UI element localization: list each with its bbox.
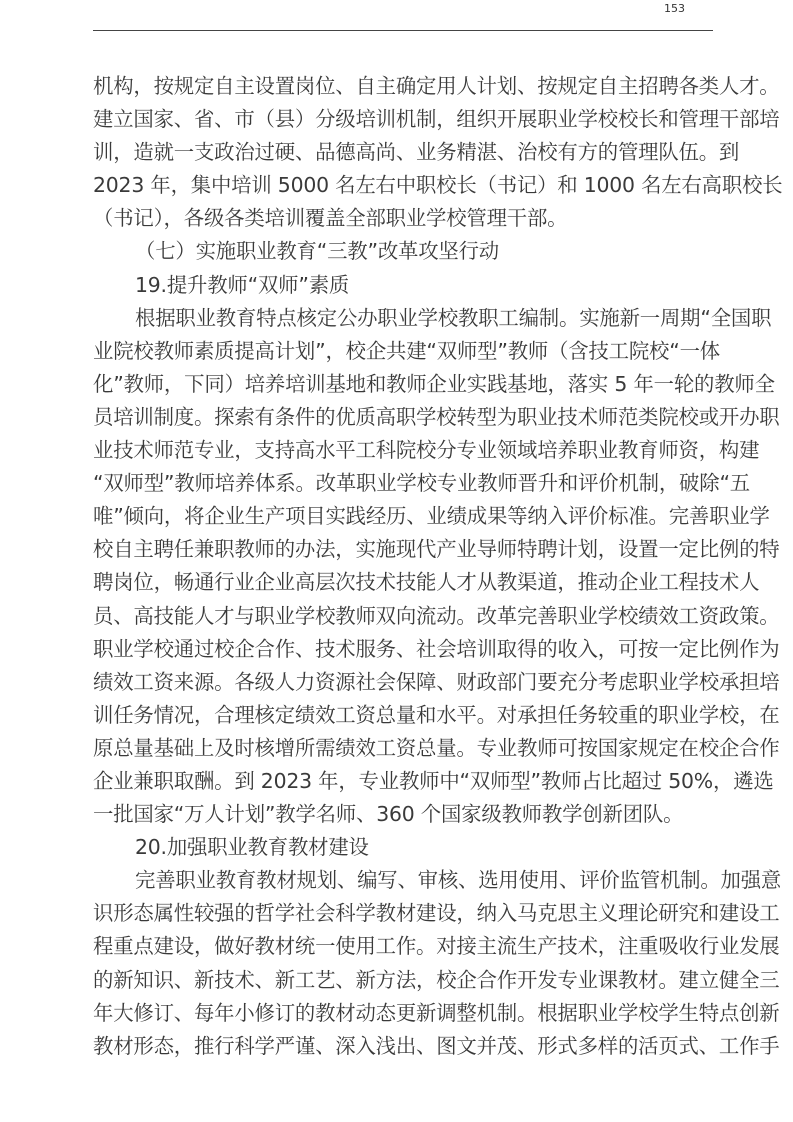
text-line: 2023 年，集中培训 5000 名左右中职校长（书记）和 1000 名左右高职… xyxy=(93,169,715,202)
text-line: 员培训制度。探索有条件的优质高职学校转型为职业技术师范类院校或开办职 xyxy=(93,401,715,434)
text-line: 建立国家、省、市（县）分级培训机制，组织开展职业学校校长和管理干部培 xyxy=(93,103,715,136)
text-line: 化”教师，下同）培养培训基地和教师企业实践基地，落实 5 年一轮的教师全 xyxy=(93,368,715,401)
body-text: 机构，按规定自主设置岗位、自主确定用人计划、按规定自主招聘各类人才。 建立国家、… xyxy=(93,70,715,1063)
text-line: 绩效工资来源。各级人力资源社会保障、财政部门要充分考虑职业学校承担培 xyxy=(93,666,715,699)
text-line: 年大修订、每年小修订的教材动态更新调整机制。根据职业学校学生特点创新 xyxy=(93,997,715,1030)
text-line: （书记），各级各类培训覆盖全部职业学校管理干部。 xyxy=(93,202,715,235)
text-line: 业院校教师素质提高计划”，校企共建“双师型”教师（含技工院校“一体 xyxy=(93,335,715,368)
paragraph-start: 完善职业教育教材规划、编写、审核、选用使用、评价监管机制。加强意 xyxy=(93,864,715,897)
text-line: 业技术师范专业，支持高水平工科院校分专业领域培养职业教育师资，构建 xyxy=(93,434,715,467)
text-line: 机构，按规定自主设置岗位、自主确定用人计划、按规定自主招聘各类人才。 xyxy=(93,70,715,103)
text-line: 聘岗位，畅通行业企业高层次技术技能人才从教渠道，推动企业工程技术人 xyxy=(93,566,715,599)
text-line: 原总量基础上及时核增所需绩效工资总量。专业教师可按国家规定在校企合作 xyxy=(93,732,715,765)
subsection-heading: 19.提升教师“双师”素质 xyxy=(93,269,715,302)
page-number: 153 xyxy=(664,2,685,15)
subsection-heading: 20.加强职业教育教材建设 xyxy=(93,831,715,864)
text-line: 一批国家“万人计划”教学名师、360 个国家级教师教学创新团队。 xyxy=(93,798,715,831)
text-line: 程重点建设，做好教材统一使用工作。对接主流生产技术，注重吸收行业发展 xyxy=(93,930,715,963)
text-line: 教材形态，推行科学严谨、深入浅出、图文并茂、形式多样的活页式、工作手 xyxy=(93,1030,715,1063)
text-line: 员、高技能人才与职业学校教师双向流动。改革完善职业学校绩效工资政策。 xyxy=(93,600,715,633)
text-line: 的新知识、新技术、新工艺、新方法，校企合作开发专业课教材。建立健全三 xyxy=(93,964,715,997)
text-line: 企业兼职取酬。到 2023 年，专业教师中“双师型”教师占比超过 50%，遴选 xyxy=(93,765,715,798)
text-line: 职业学校通过校企合作、技术服务、社会培训取得的收入，可按一定比例作为 xyxy=(93,633,715,666)
paragraph-start: 根据职业教育特点核定公办职业学校教职工编制。实施新一周期“全国职 xyxy=(93,302,715,335)
header-divider xyxy=(93,30,713,31)
text-line: 训，造就一支政治过硬、品德高尚、业务精湛、治校有方的管理队伍。到 xyxy=(93,136,715,169)
text-line: 唯”倾向，将企业生产项目实践经历、业绩成果等纳入评价标准。完善职业学 xyxy=(93,500,715,533)
text-line: “双师型”教师培养体系。改革职业学校专业教师晋升和评价机制，破除“五 xyxy=(93,467,715,500)
text-line: 校自主聘任兼职教师的办法，实施现代产业导师特聘计划，设置一定比例的特 xyxy=(93,533,715,566)
text-line: 识形态属性较强的哲学社会科学教材建设，纳入马克思主义理论研究和建设工 xyxy=(93,897,715,930)
section-heading: （七）实施职业教育“三教”改革攻坚行动 xyxy=(93,235,715,268)
text-line: 训任务情况，合理核定绩效工资总量和水平。对承担任务较重的职业学校，在 xyxy=(93,699,715,732)
